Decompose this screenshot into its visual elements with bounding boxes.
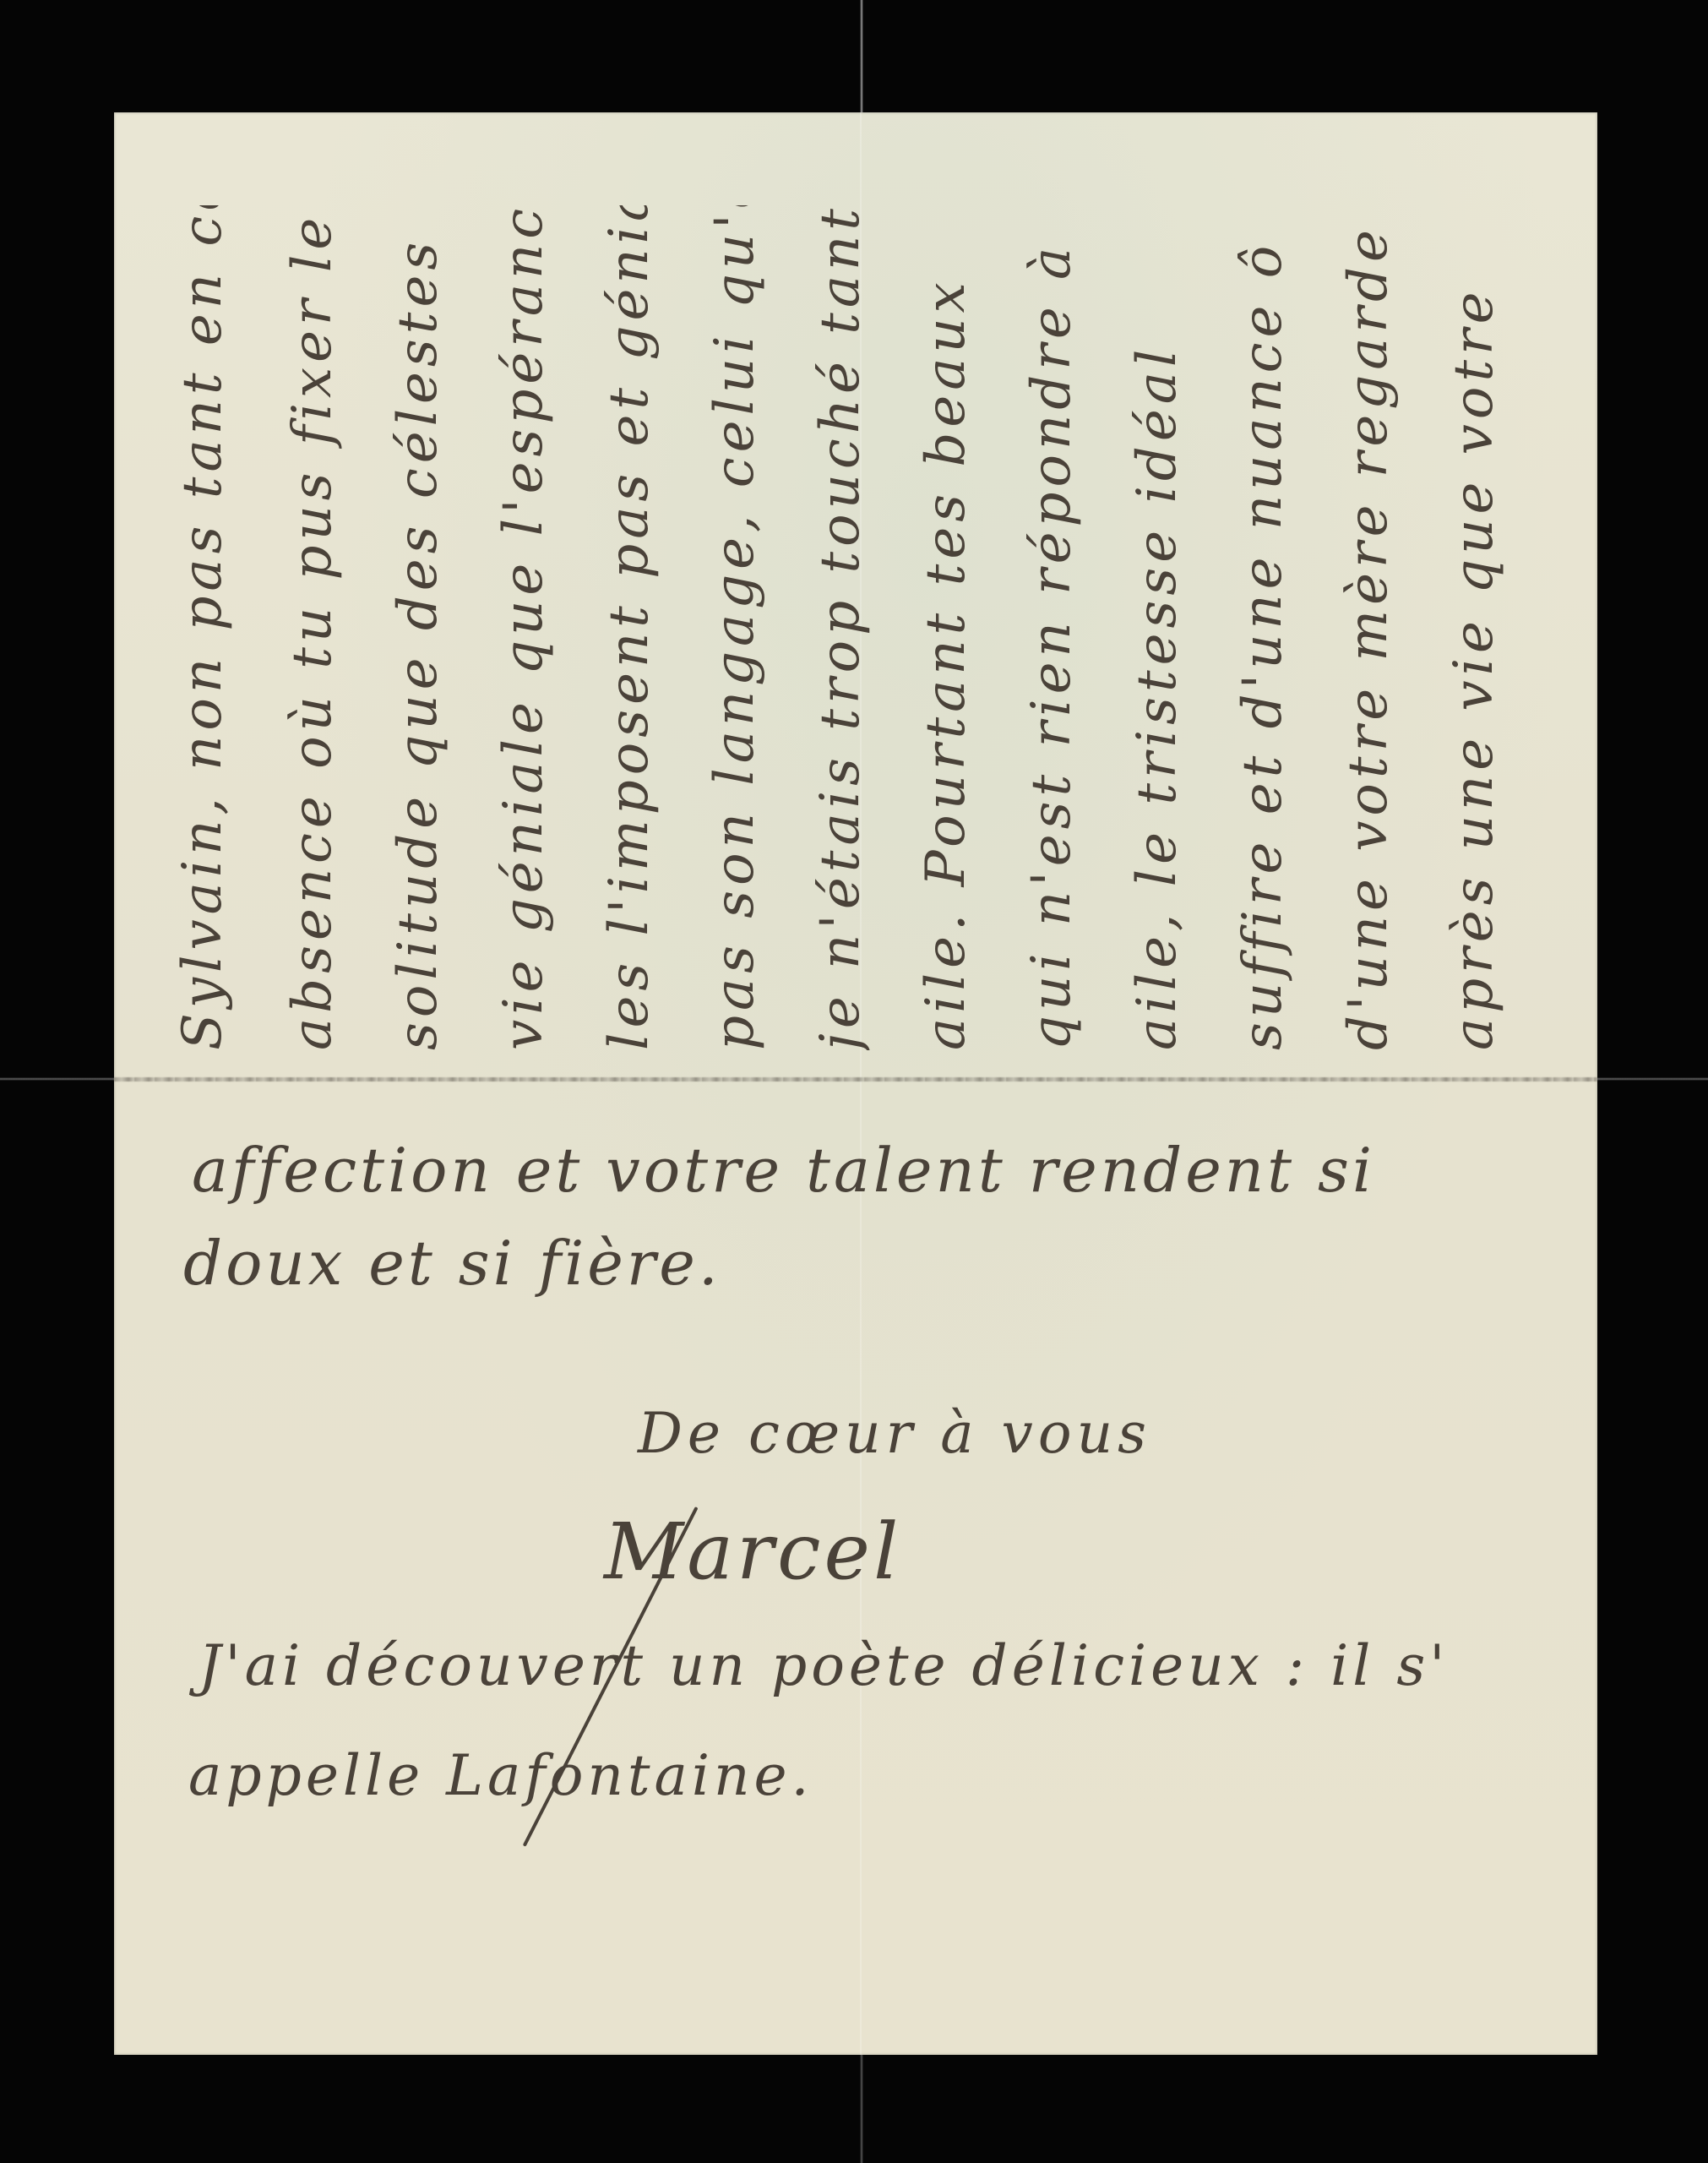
- rotated-line-1: Sylvain, non pas tant en cette: [165, 205, 241, 1050]
- rotated-line-11: suffire et d'une nuance ô: [1225, 205, 1301, 1050]
- rotated-line-4: vie géniale que l'espérance: [486, 205, 562, 1050]
- rotated-line-12: d'une votre mère regarde: [1330, 205, 1406, 1050]
- letter-sheet: Sylvain, non pas tant en cette absence o…: [114, 112, 1597, 2055]
- rotated-line-3: solitude que des célestes: [380, 205, 456, 1050]
- rotated-line-5: les l'imposent pas et géniale: [591, 205, 667, 1050]
- background-crease-left: [0, 1077, 114, 1081]
- body-line-1: affection et votre talent rendent si: [192, 1135, 1375, 1206]
- postscript-line-1: J'ai découvert un poète délicieux : il s…: [199, 1633, 1449, 1698]
- rotated-line-13: après une vie que votre: [1436, 205, 1512, 1050]
- rotated-line-9: qui n'est rien répondre à: [1014, 205, 1090, 1050]
- rotated-line-7: je n'étais trop touché tant: [802, 205, 878, 1050]
- rotated-line-2: absence où tu pus fixer le: [275, 205, 351, 1050]
- postscript-line-2: appelle Lafontaine.: [188, 1743, 813, 1808]
- background-crease-top: [860, 0, 863, 114]
- rotated-line-8: aile. Pourtant tes beaux: [908, 205, 984, 1050]
- body-line-2: doux et si fière.: [183, 1228, 721, 1299]
- horizontal-fold: [114, 1077, 1597, 1081]
- signature: Marcel: [604, 1506, 901, 1597]
- rotated-line-6: pas son langage, celui qu'on nomme: [697, 205, 773, 1050]
- background-crease-bottom: [860, 2055, 863, 2163]
- rotated-line-10: aile, le tristesse idéal: [1119, 205, 1195, 1050]
- closing-phrase: De cœur à vous: [638, 1401, 1151, 1466]
- background-crease-right: [1597, 1077, 1708, 1081]
